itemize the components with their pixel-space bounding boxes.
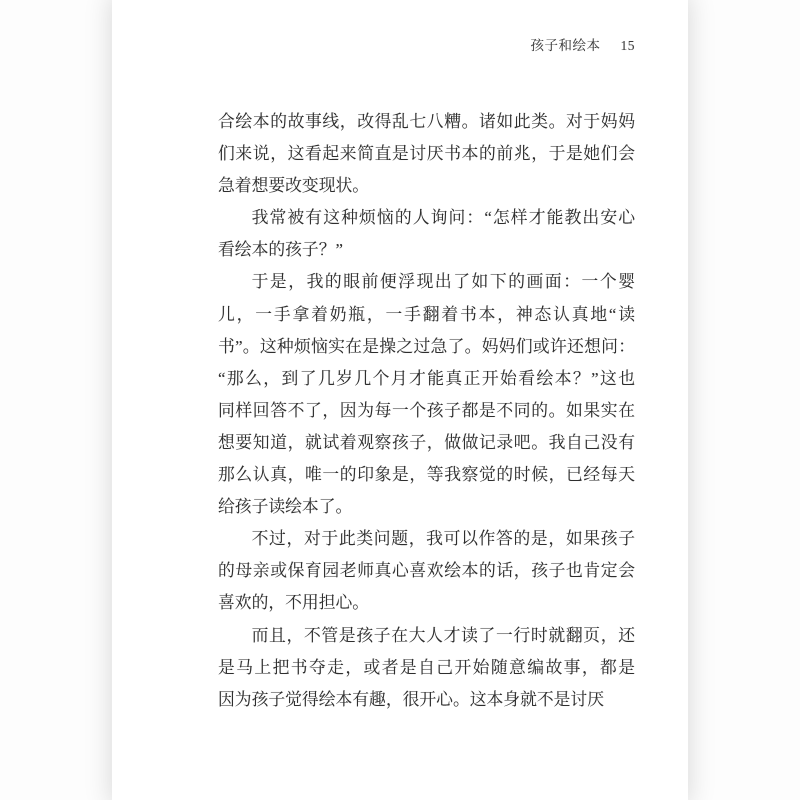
book-page: 孩子和绘本 15 合绘本的故事线，改得乱七八糟。诸如此类。对于妈妈们来说，这看起… xyxy=(112,0,688,800)
text-line: 急着想要改变现状。 xyxy=(218,170,635,202)
page-header: 孩子和绘本 15 xyxy=(218,34,635,54)
text-line: 给孩子读绘本了。 xyxy=(218,491,635,523)
paragraph: 于是，我的眼前便浮现出了如下的画面：一个婴儿，一手拿着奶瓶，一手翻着书本，神态认… xyxy=(218,266,635,523)
text-line: 儿，一手拿着奶瓶，一手翻着书本，神态认真地“读 xyxy=(218,299,635,331)
text-line: 书”。这种烦恼实在是操之过急了。妈妈们或许还想问： xyxy=(218,331,635,363)
text-line: 于是，我的眼前便浮现出了如下的画面：一个婴 xyxy=(218,266,635,298)
text-line: 是马上把书夺走，或者是自己开始随意编故事，都是 xyxy=(218,652,635,684)
book-photo: 孩子和绘本 15 合绘本的故事线，改得乱七八糟。诸如此类。对于妈妈们来说，这看起… xyxy=(0,0,800,800)
paragraph: 不过，对于此类问题，我可以作答的是，如果孩子的母亲或保育园老师真心喜欢绘本的话，… xyxy=(218,523,635,619)
text-line: 的母亲或保育园老师真心喜欢绘本的话，孩子也肯定会 xyxy=(218,555,635,587)
text-line: 因为孩子觉得绘本有趣，很开心。这本身就不是讨厌 xyxy=(218,684,635,716)
paragraph: 我常被有这种烦恼的人询问：“怎样才能教出安心看绘本的孩子？” xyxy=(218,202,635,266)
page-number: 15 xyxy=(621,38,636,54)
text-line: 们来说，这看起来简直是讨厌书本的前兆，于是她们会 xyxy=(218,138,635,170)
text-line: 同样回答不了，因为每一个孩子都是不同的。如果实在 xyxy=(218,395,635,427)
text-line: 看绘本的孩子？” xyxy=(218,234,635,266)
text-line: 不过，对于此类问题，我可以作答的是，如果孩子 xyxy=(218,523,635,555)
text-line: 想要知道，就试着观察孩子，做做记录吧。我自己没有 xyxy=(218,427,635,459)
chapter-title: 孩子和绘本 xyxy=(531,34,601,54)
text-line: 而且，不管是孩子在大人才读了一行时就翻页，还 xyxy=(218,620,635,652)
text-line: 合绘本的故事线，改得乱七八糟。诸如此类。对于妈妈 xyxy=(218,106,635,138)
paragraph: 合绘本的故事线，改得乱七八糟。诸如此类。对于妈妈们来说，这看起来简直是讨厌书本的… xyxy=(218,106,635,202)
text-line: 那么认真，唯一的印象是，等我察觉的时候，已经每天 xyxy=(218,459,635,491)
text-line: “那么，到了几岁几个月才能真正开始看绘本？”这也 xyxy=(218,363,635,395)
text-line: 喜欢的，不用担心。 xyxy=(218,587,635,619)
body-text: 合绘本的故事线，改得乱七八糟。诸如此类。对于妈妈们来说，这看起来简直是讨厌书本的… xyxy=(218,106,635,716)
paragraph: 而且，不管是孩子在大人才读了一行时就翻页，还是马上把书夺走，或者是自己开始随意编… xyxy=(218,620,635,716)
text-line: 我常被有这种烦恼的人询问：“怎样才能教出安心 xyxy=(218,202,635,234)
